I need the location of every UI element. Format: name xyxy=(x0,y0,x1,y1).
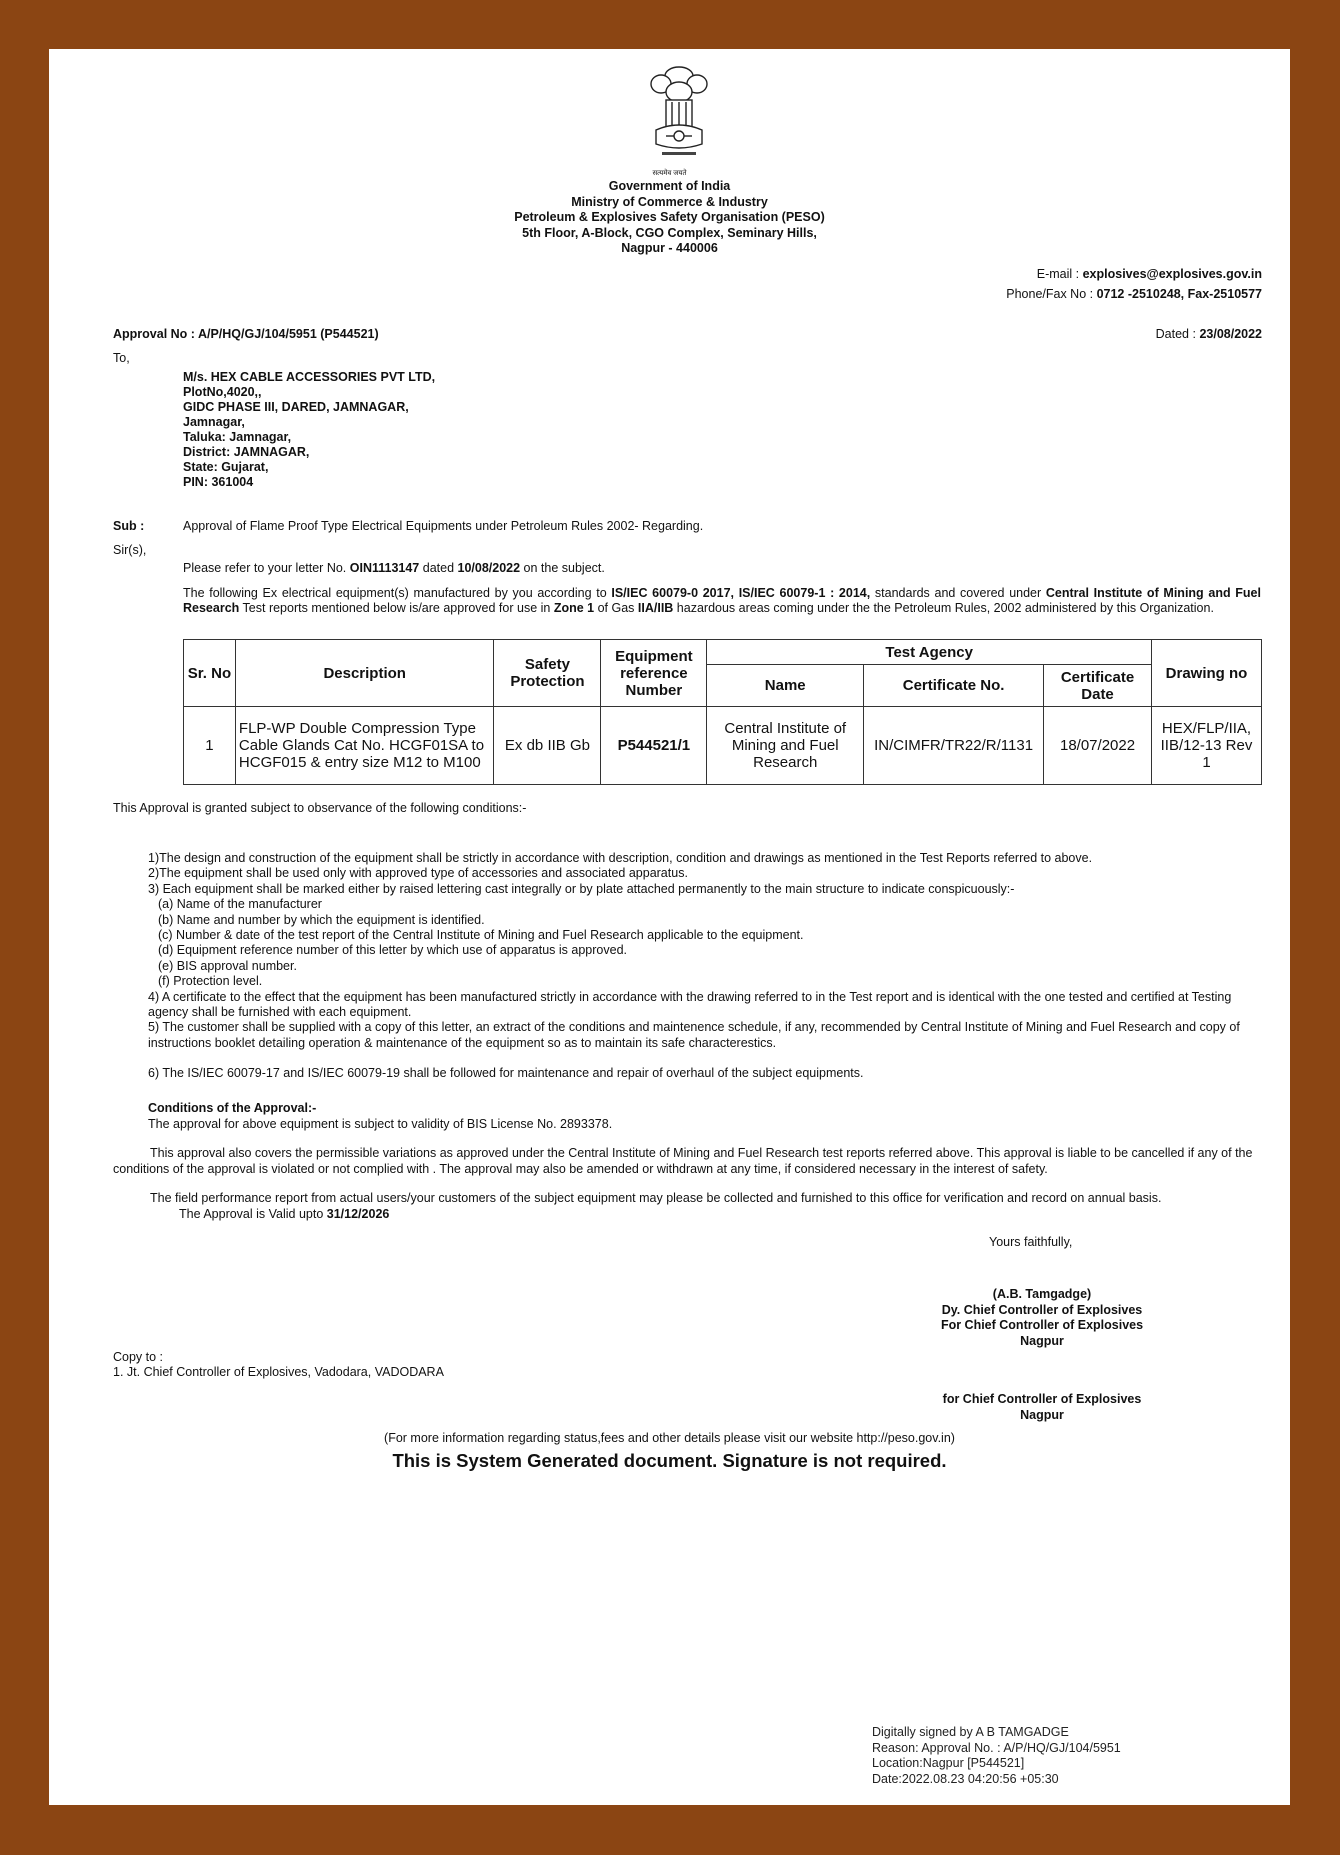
letterhead-line: Ministry of Commerce & Industry xyxy=(49,195,1290,211)
system-generated-note: This is System Generated document. Signa… xyxy=(49,1450,1290,1472)
intro-text: standards and covered under xyxy=(870,586,1046,600)
approval-number: Approval No : A/P/HQ/GJ/104/5951 (P54452… xyxy=(113,327,379,341)
digital-signature-line: Reason: Approval No. : A/P/HQ/GJ/104/595… xyxy=(872,1741,1121,1757)
variations-paragraph: This approval also covers the permissibl… xyxy=(113,1146,1276,1177)
standards: IS/IEC 60079-0 2017, IS/IEC 60079-1 : 20… xyxy=(611,586,870,600)
condition-item: 5) The customer shall be supplied with a… xyxy=(148,1020,1268,1051)
reference-line: Please refer to your letter No. OIN11131… xyxy=(183,561,605,575)
to-label: To, xyxy=(113,351,130,365)
for-cce-block: for Chief Controller of Explosives Nagpu… xyxy=(902,1392,1182,1423)
cell-drawing-no: HEX/FLP/IIA, IIB/12-13 Rev 1 xyxy=(1151,707,1261,785)
header-test-agency: Test Agency xyxy=(707,640,1152,665)
for-cce-title: for Chief Controller of Explosives xyxy=(902,1392,1182,1408)
digital-signature-line: Location:Nagpur [P544521] xyxy=(872,1756,1121,1772)
header-certificate-no: Certificate No. xyxy=(864,665,1044,707)
address-line: Taluka: Jamnagar, xyxy=(183,430,435,445)
for-cce-location: Nagpur xyxy=(902,1408,1182,1424)
intro-text: of Gas xyxy=(594,601,638,615)
condition-item: 4) A certificate to the effect that the … xyxy=(148,990,1268,1021)
marking-item: (e) BIS approval number. xyxy=(148,959,1268,974)
marking-item: (c) Number & date of the test report of … xyxy=(148,928,1268,943)
letterhead-line: Petroleum & Explosives Safety Organisati… xyxy=(49,210,1290,226)
letterhead: सत्यमेव जयते Government of India Ministr… xyxy=(49,169,1290,257)
condition-item: 3) Each equipment shall be marked either… xyxy=(148,882,1268,897)
intro-text: The following Ex electrical equipment(s)… xyxy=(183,586,611,600)
subject-label: Sub : xyxy=(113,519,144,533)
equipment-table: Sr. No Description Safety Protection Equ… xyxy=(183,639,1262,785)
closing: Yours faithfully, xyxy=(989,1235,1072,1249)
intro-text: Test reports mentioned below is/are appr… xyxy=(239,601,554,615)
gas-group: IIA/IIB xyxy=(638,601,673,615)
dated-label: Dated : xyxy=(1156,327,1200,341)
contact-block: E-mail : explosives@explosives.gov.in Ph… xyxy=(1006,264,1262,304)
letterhead-line: 5th Floor, A-Block, CGO Complex, Seminar… xyxy=(49,226,1290,242)
signatory-name: (A.B. Tamgadge) xyxy=(902,1287,1182,1303)
signatory-title: For Chief Controller of Explosives xyxy=(902,1318,1182,1334)
cell-agency-name: Central Institute of Mining and Fuel Res… xyxy=(707,707,864,785)
field-performance-paragraph: The field performance report from actual… xyxy=(113,1191,1276,1207)
digital-signature-line: Digitally signed by A B TAMGADGE xyxy=(872,1725,1121,1741)
zone: Zone 1 xyxy=(554,601,594,615)
signatory-location: Nagpur xyxy=(902,1334,1182,1350)
signatory-block: (A.B. Tamgadge) Dy. Chief Controller of … xyxy=(902,1287,1182,1349)
reference-date: 10/08/2022 xyxy=(458,561,521,575)
approval-label: Approval No : xyxy=(113,327,198,341)
copy-to-item: 1. Jt. Chief Controller of Explosives, V… xyxy=(113,1365,444,1380)
header-agency-name: Name xyxy=(707,665,864,707)
approval-conditions-text: The approval for above equipment is subj… xyxy=(148,1117,612,1131)
address-line: District: JAMNAGAR, xyxy=(183,445,435,460)
cell-equipment-reference: P544521/1 xyxy=(601,707,707,785)
cell-sr-no: 1 xyxy=(184,707,236,785)
marking-item: (b) Name and number by which the equipme… xyxy=(148,913,1268,928)
approval-conditions-heading: Conditions of the Approval:- xyxy=(148,1101,316,1115)
marking-item: (d) Equipment reference number of this l… xyxy=(148,943,1268,958)
header-equipment-reference: Equipment reference Number xyxy=(601,640,707,707)
validity-label: The Approval is Valid upto xyxy=(179,1207,327,1221)
address-line: State: Gujarat, xyxy=(183,460,435,475)
condition-item: 6) The IS/IEC 60079-17 and IS/IEC 60079-… xyxy=(148,1066,1268,1081)
letter-page: सत्यमेव जयते Government of India Ministr… xyxy=(49,49,1290,1805)
addressee-block: M/s. HEX CABLE ACCESSORIES PVT LTD, Plot… xyxy=(183,370,435,490)
salutation: Sir(s), xyxy=(113,543,146,557)
validity-line: The Approval is Valid upto 31/12/2026 xyxy=(179,1207,389,1221)
national-emblem-icon xyxy=(646,64,712,160)
cell-description: FLP-WP Double Compression Type Cable Gla… xyxy=(235,707,494,785)
subject-text: Approval of Flame Proof Type Electrical … xyxy=(183,519,703,533)
intro-text: hazardous areas coming under the the Pet… xyxy=(673,601,1214,615)
reference-letter-number: OIN1113147 xyxy=(350,561,420,575)
email-label: E-mail : xyxy=(1037,267,1083,281)
condition-item: 2)The equipment shall be used only with … xyxy=(148,866,1268,881)
digital-signature-line: Date:2022.08.23 04:20:56 +05:30 xyxy=(872,1772,1121,1788)
address-line: PIN: 361004 xyxy=(183,475,435,490)
digital-signature-block: Digitally signed by A B TAMGADGE Reason:… xyxy=(872,1725,1121,1787)
intro-paragraph: The following Ex electrical equipment(s)… xyxy=(183,586,1261,615)
address-line: Jamnagar, xyxy=(183,415,435,430)
address-line: M/s. HEX CABLE ACCESSORIES PVT LTD, xyxy=(183,370,435,385)
reference-text: on the subject. xyxy=(520,561,605,575)
cell-certificate-no: IN/CIMFR/TR22/R/1131 xyxy=(864,707,1044,785)
letter-date: Dated : 23/08/2022 xyxy=(1156,327,1262,341)
condition-item: 1)The design and construction of the equ… xyxy=(148,851,1268,866)
letterhead-line: Nagpur - 440006 xyxy=(49,241,1290,257)
marking-item: (f) Protection level. xyxy=(148,974,1268,989)
phone-number: 0712 -2510248, Fax-2510577 xyxy=(1097,287,1262,301)
copy-to-label: Copy to : xyxy=(113,1350,444,1365)
approval-value: A/P/HQ/GJ/104/5951 (P544521) xyxy=(198,327,379,341)
header-drawing-no: Drawing no xyxy=(1151,640,1261,707)
signatory-title: Dy. Chief Controller of Explosives xyxy=(902,1303,1182,1319)
validity-date: 31/12/2026 xyxy=(327,1207,390,1221)
more-info-note: (For more information regarding status,f… xyxy=(49,1431,1290,1445)
cell-safety-protection: Ex db IIB Gb xyxy=(494,707,601,785)
email-link[interactable]: explosives@explosives.gov.in xyxy=(1083,267,1262,281)
reference-text: dated xyxy=(419,561,457,575)
copy-to-block: Copy to : 1. Jt. Chief Controller of Exp… xyxy=(113,1350,444,1380)
conditions-intro: This Approval is granted subject to obse… xyxy=(113,801,526,815)
header-certificate-date: Certificate Date xyxy=(1044,665,1152,707)
header-sr-no: Sr. No xyxy=(184,640,236,707)
phone-label: Phone/Fax No : xyxy=(1006,287,1096,301)
table-row: 1 FLP-WP Double Compression Type Cable G… xyxy=(184,707,1262,785)
address-line: GIDC PHASE III, DARED, JAMNAGAR, xyxy=(183,400,435,415)
marking-item: (a) Name of the manufacturer xyxy=(148,897,1268,912)
conditions-list: 1)The design and construction of the equ… xyxy=(148,851,1268,1082)
cell-certificate-date: 18/07/2022 xyxy=(1044,707,1152,785)
reference-text: Please refer to your letter No. xyxy=(183,561,350,575)
dated-value: 23/08/2022 xyxy=(1199,327,1262,341)
address-line: PlotNo,4020,, xyxy=(183,385,435,400)
header-safety-protection: Safety Protection xyxy=(494,640,601,707)
letterhead-line: Government of India xyxy=(49,179,1290,195)
emblem-motto: सत्यमेव जयते xyxy=(49,169,1290,179)
header-description: Description xyxy=(235,640,494,707)
